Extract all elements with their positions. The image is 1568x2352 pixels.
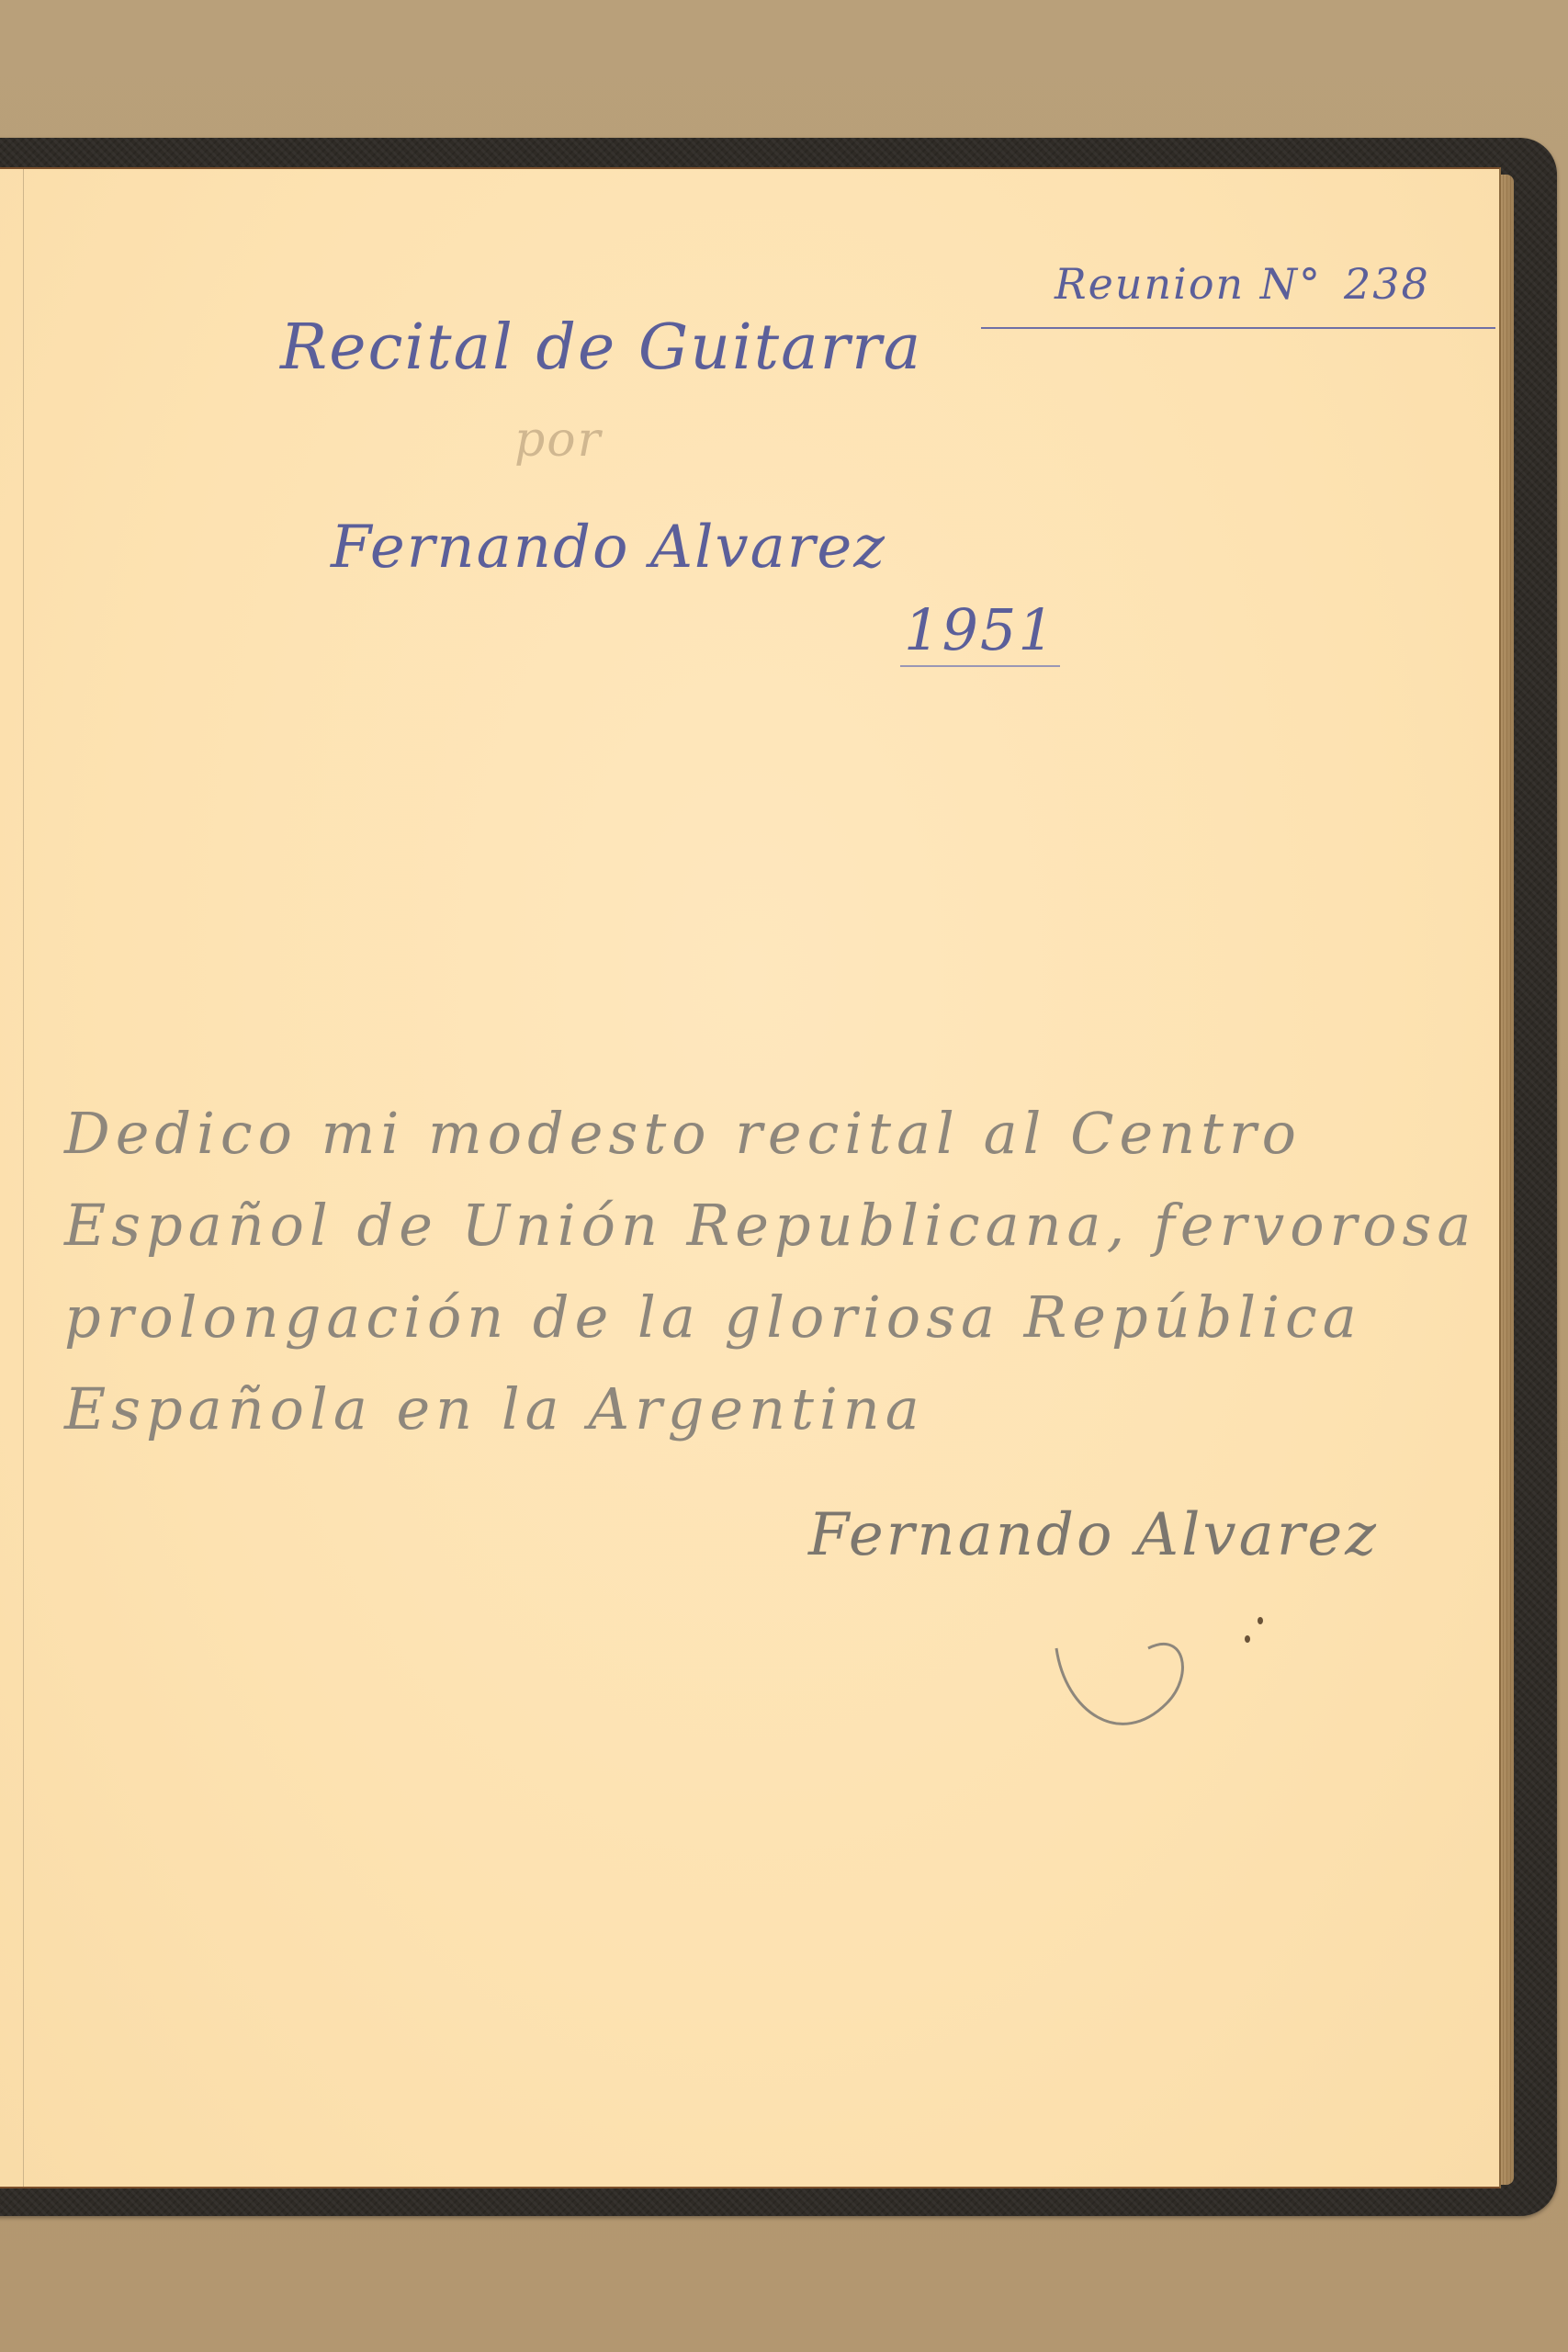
dedication-line: Español de Unión Republicana, fervorosa — [64, 1180, 1442, 1272]
performer-name: Fernando Alvarez — [331, 514, 886, 582]
meeting-number: 238 — [1344, 259, 1430, 309]
by-connector: por — [514, 413, 602, 468]
page-gutter-line — [23, 169, 24, 2187]
dedication-line: prolongación de la gloriosa República — [64, 1272, 1442, 1363]
meeting-number-header: Reunion N° 238 — [981, 254, 1495, 329]
guestbook-page: Reunion N° 238 Recital de Guitarra por F… — [0, 167, 1501, 2188]
signature-dots-icon — [1240, 1611, 1268, 1648]
event-year: 1951 — [900, 596, 1060, 667]
dedication-line: Española en la Argentina — [64, 1363, 1442, 1455]
signature: Fernando Alvarez — [808, 1501, 1379, 1569]
meeting-label: Reunion N° — [1055, 259, 1322, 309]
dedication-text: Dedico mi modesto recital al Centro Espa… — [64, 1088, 1442, 1455]
signature-flourish-icon — [1047, 1639, 1231, 1786]
dedication-line: Dedico mi modesto recital al Centro — [64, 1088, 1442, 1180]
event-title: Recital de Guitarra — [280, 311, 922, 384]
